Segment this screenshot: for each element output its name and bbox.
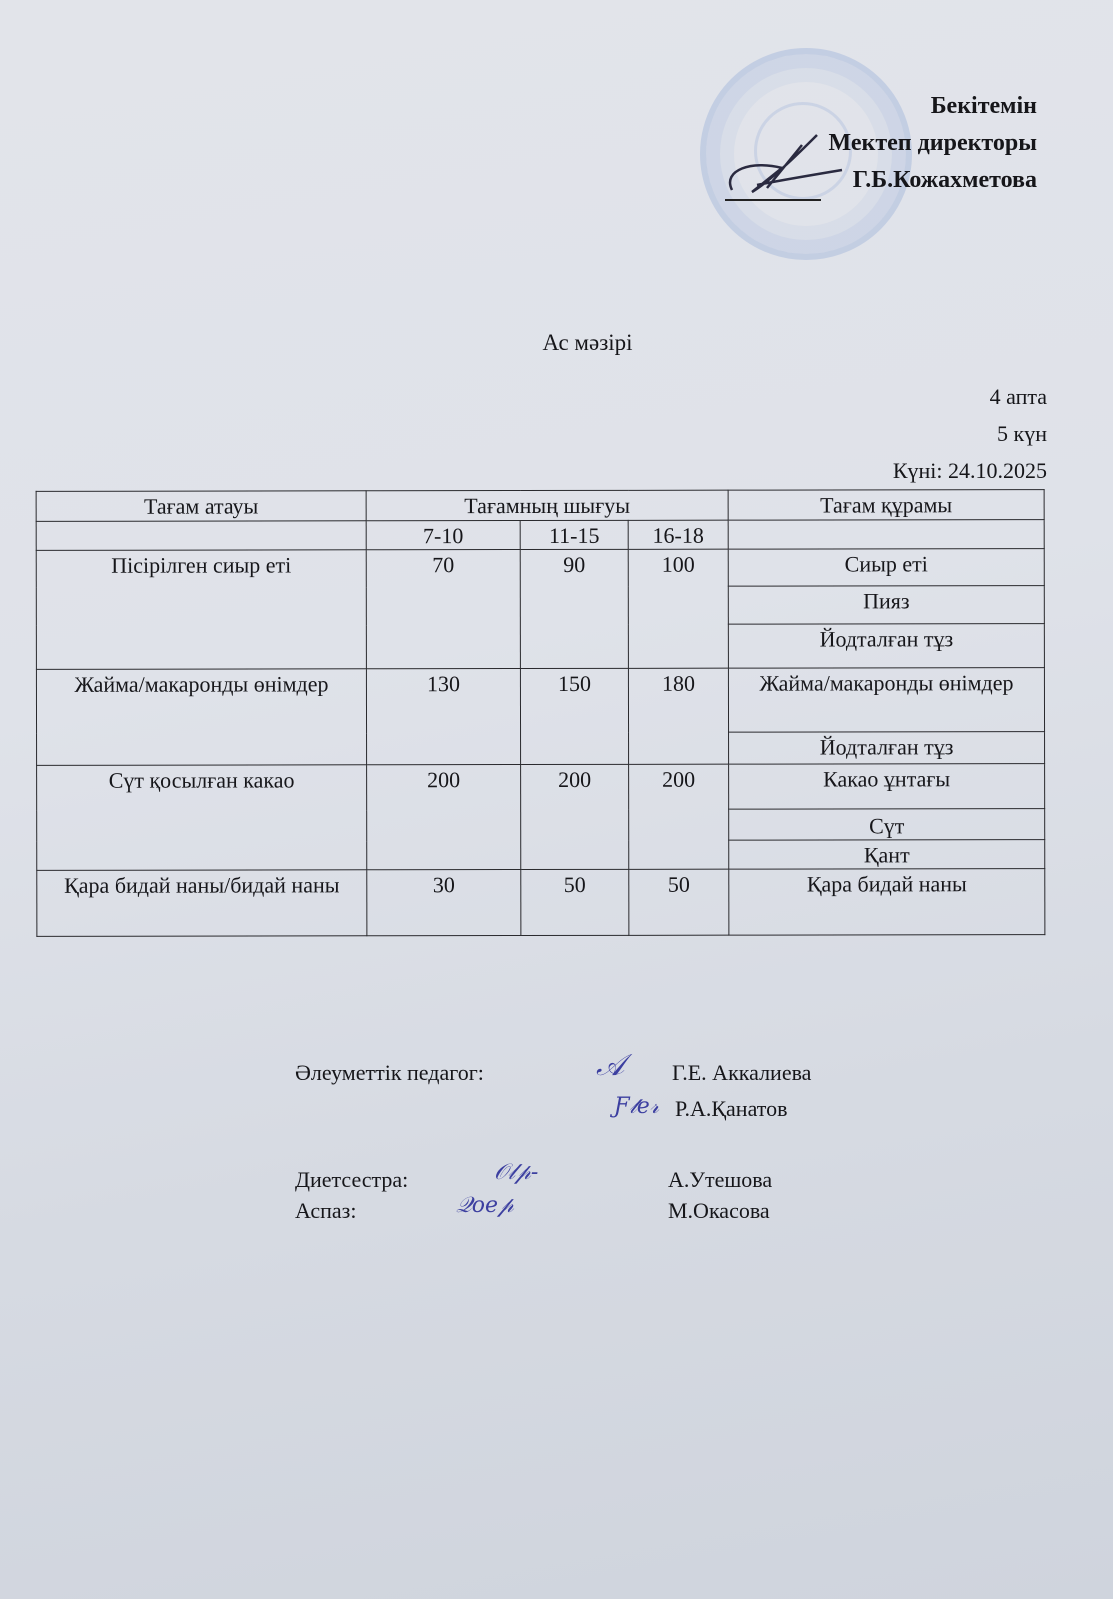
table-header-row: Тағам атауы Тағамның шығуы Тағам құрамы [36, 490, 1044, 522]
portion-value: 150 [520, 668, 628, 764]
social-pedagogue-2-name: Р.А.Қанатов [675, 1096, 788, 1122]
dish-name: Сүт қосылған какао [37, 765, 367, 871]
menu-table: Тағам атауы Тағамның шығуы Тағам құрамы … [36, 489, 1046, 937]
dish-name: Қара бидай наны/бидай наны [37, 870, 367, 937]
ingredient: Қант [729, 840, 1045, 870]
ingredient: Жайма/макаронды өнімдер [728, 668, 1044, 733]
header-output: Тағамның шығуы [366, 490, 728, 521]
ingredient: Йодталған тұз [728, 624, 1044, 669]
age-group-1: 7-10 [366, 521, 520, 550]
table-row: Сүт қосылған какао 200 200 200 Какао ұнт… [37, 764, 1045, 811]
date-label: Күні: 24.10.2025 [893, 452, 1047, 489]
dish-name: Жайма/макаронды өнімдер [36, 669, 366, 766]
day-label: 5 күн [893, 415, 1047, 452]
portion-value: 180 [628, 668, 728, 764]
portion-value: 70 [366, 550, 520, 669]
ingredient: Сиыр еті [728, 549, 1044, 587]
portion-value: 50 [629, 869, 729, 935]
signature-uteshova: 𝒪𝓁𝓅- [494, 1160, 538, 1185]
portion-value: 90 [520, 549, 628, 668]
approval-line-3: Г.Б.Кожахметова [829, 162, 1037, 199]
table-row: Жайма/макаронды өнімдер 130 150 180 Жайм… [36, 668, 1044, 734]
age-group-3: 16-18 [628, 520, 728, 549]
social-pedagogue-label: Әлеуметтік педагог: [295, 1060, 484, 1086]
signature-line [725, 199, 821, 201]
ingredient: Йодталған тұз [729, 732, 1045, 765]
cook-label: Аспаз: [295, 1198, 356, 1224]
header-composition: Тағам құрамы [728, 490, 1044, 521]
ingredient: Сүт [729, 809, 1045, 841]
portion-value: 130 [366, 669, 520, 765]
header-dish-name: Тағам атауы [36, 491, 366, 522]
table-row: Пісірілген сиыр еті 70 90 100 Сиыр еті [36, 549, 1044, 588]
dish-name: Пісірілген сиыр еті [36, 550, 366, 670]
signature-kanatov: Ƒ𝓉𝑒𝓇 [614, 1094, 659, 1119]
ingredient: Какао ұнтағы [729, 764, 1045, 810]
social-pedagogue-1-name: Г.Е. Аккалиева [672, 1060, 811, 1086]
table-subheader-row: 7-10 11-15 16-18 [36, 520, 1044, 551]
approval-line-2: Мектеп директоры [829, 125, 1037, 162]
approval-line-1: Бекітемін [829, 88, 1037, 125]
signature-akkalieva: 𝒜 [596, 1048, 624, 1083]
portion-value: 200 [521, 764, 629, 869]
dietitian-label: Диетсестра: [295, 1167, 408, 1193]
age-group-2: 11-15 [520, 520, 628, 549]
portion-value: 200 [629, 764, 729, 869]
dietitian-name: А.Утешова [668, 1167, 772, 1193]
portion-value: 30 [367, 870, 521, 936]
ingredient: Қара бидай наны [729, 869, 1045, 936]
page-title: Ас мәзірі [0, 330, 1113, 356]
week-label: 4 апта [893, 378, 1047, 415]
table-row: Қара бидай наны/бидай наны 30 50 50 Қара… [37, 869, 1045, 937]
portion-value: 50 [521, 869, 629, 935]
signature-okasova: 𝒬𝑜𝑒𝓅 [456, 1193, 514, 1218]
approval-block: Бекітемін Мектеп директоры Г.Б.Кожахмето… [829, 88, 1037, 199]
menu-meta: 4 апта 5 күн Күні: 24.10.2025 [893, 378, 1047, 489]
cook-name: М.Окасова [668, 1198, 770, 1224]
ingredient: Пияз [728, 586, 1044, 625]
portion-value: 200 [367, 765, 521, 870]
portion-value: 100 [628, 549, 728, 668]
